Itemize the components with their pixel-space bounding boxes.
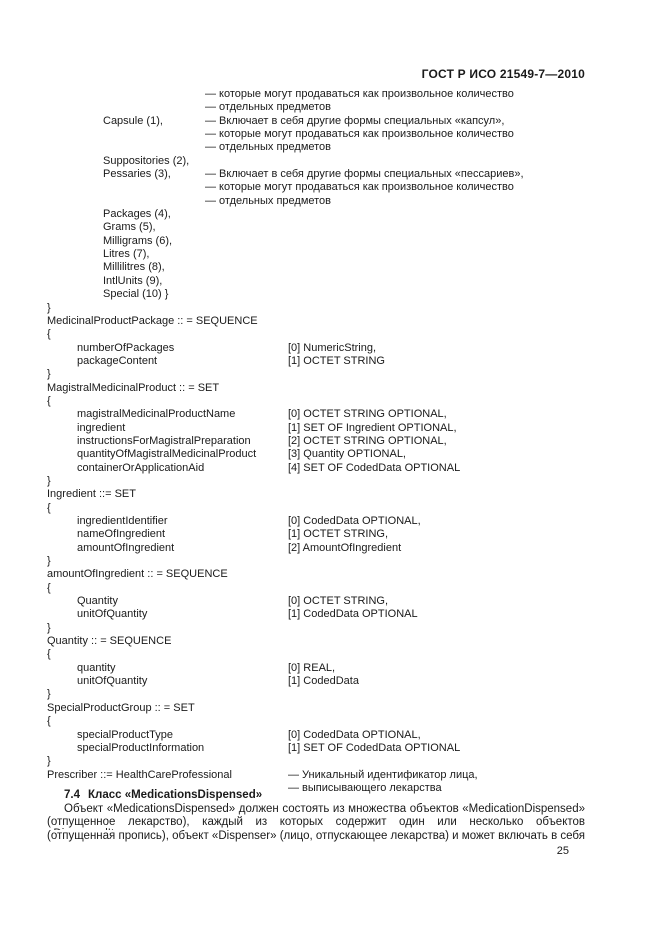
code-line: { [47, 502, 627, 515]
code-segment: { [47, 715, 51, 727]
code-line: unitOfQuantity[1] CodedData [47, 675, 627, 688]
code-line: — которые могут продаваться как произвол… [47, 181, 627, 194]
code-segment: — Включает в себя другие формы специальн… [205, 168, 524, 180]
code-segment: unitOfQuantity [77, 675, 147, 687]
code-segment: [0] NumericString, [288, 342, 376, 354]
code-segment: specialProductInformation [77, 742, 204, 754]
code-segment: MedicinalProductPackage :: = SEQUENCE [47, 315, 258, 327]
code-line: unitOfQuantity[1] CodedData OPTIONAL [47, 608, 627, 621]
code-segment: numberOfPackages [77, 342, 174, 354]
code-line: } [47, 302, 627, 315]
code-line: amountOfIngredient :: = SEQUENCE [47, 568, 627, 581]
code-line: { [47, 328, 627, 341]
code-segment: } [47, 555, 51, 567]
code-segment: — которые могут продаваться как произвол… [205, 88, 514, 100]
code-segment: [2] OCTET STRING OPTIONAL, [288, 435, 447, 447]
code-segment: { [47, 502, 51, 514]
code-segment: [1] SET OF Ingredient OPTIONAL, [288, 422, 457, 434]
code-line: ingredient[1] SET OF Ingredient OPTIONAL… [47, 422, 627, 435]
section-heading-title: Класс «MedicationsDispensed» [88, 789, 262, 801]
code-segment: { [47, 328, 51, 340]
code-segment: } [47, 622, 51, 634]
code-line: MedicinalProductPackage :: = SEQUENCE [47, 315, 627, 328]
code-segment: ingredient [77, 422, 125, 434]
code-segment: Litres (7), [103, 248, 149, 260]
code-line: — отдельных предметов [47, 195, 627, 208]
code-line: specialProductType[0] CodedData OPTIONAL… [47, 729, 627, 742]
code-segment: Pessaries (3), [103, 168, 171, 180]
code-segment: } [47, 755, 51, 767]
code-segment: amountOfIngredient [77, 542, 174, 554]
code-line: Pessaries (3),— Включает в себя другие ф… [47, 168, 627, 181]
code-line: quantity[0] REAL, [47, 662, 627, 675]
section-heading: 7.4Класс «MedicationsDispensed» [64, 789, 262, 801]
code-segment: Ingredient ::= SET [47, 488, 136, 500]
code-segment: — отдельных предметов [205, 195, 331, 207]
document-page: ГОСТ Р ИСО 21549-7—2010 — которые могут … [0, 0, 661, 936]
code-line: numberOfPackages[0] NumericString, [47, 342, 627, 355]
paragraph-line: (отпущенная пропись), объект «Dispenser»… [47, 830, 585, 843]
code-line: Litres (7), [47, 248, 627, 261]
code-line: { [47, 395, 627, 408]
code-segment: [3] Quantity OPTIONAL, [288, 448, 406, 460]
code-segment: SpecialProductGroup :: = SET [47, 702, 195, 714]
code-segment: [0] OCTET STRING, [288, 595, 388, 607]
code-segment: — Уникальный идентификатор лица, [288, 769, 478, 781]
code-line: packageContent[1] OCTET STRING [47, 355, 627, 368]
code-segment: Special (10) } [103, 288, 168, 300]
code-line: MagistralMedicinalProduct :: = SET [47, 382, 627, 395]
code-segment: [1] CodedData OPTIONAL [288, 608, 418, 620]
code-segment: packageContent [77, 355, 157, 367]
code-line: } [47, 755, 627, 768]
code-segment: [2] AmountOfIngredient [288, 542, 401, 554]
code-line: { [47, 582, 627, 595]
code-line: ingredientIdentifier[0] CodedData OPTION… [47, 515, 627, 528]
code-segment: { [47, 395, 51, 407]
code-segment: — которые могут продаваться как произвол… [205, 181, 514, 193]
code-segment: — отдельных предметов [205, 141, 331, 153]
section-heading-number: 7.4 [64, 789, 80, 801]
code-segment: nameOfIngredient [77, 528, 165, 540]
code-line: nameOfIngredient[1] OCTET STRING, [47, 528, 627, 541]
code-line: Quantity :: = SEQUENCE [47, 635, 627, 648]
code-line: Packages (4), [47, 208, 627, 221]
code-segment: } [47, 475, 51, 487]
code-line: amountOfIngredient[2] AmountOfIngredient [47, 542, 627, 555]
code-line: containerOrApplicationAid[4] SET OF Code… [47, 462, 627, 475]
body-paragraph: Объект «MedicationsDispensed» должен сос… [47, 803, 585, 843]
asn1-code-block: — которые могут продаваться как произвол… [47, 88, 627, 795]
code-line: Capsule (1),— Включает в себя другие фор… [47, 115, 627, 128]
code-segment: [4] SET OF CodedData OPTIONAL [288, 462, 460, 474]
code-line: — которые могут продаваться как произвол… [47, 128, 627, 141]
code-segment: instructionsForMagistralPreparation [77, 435, 251, 447]
code-segment: } [47, 302, 51, 314]
code-segment: Packages (4), [103, 208, 171, 220]
code-line: { [47, 715, 627, 728]
code-line: Suppositories (2), [47, 155, 627, 168]
page-number: 25 [505, 845, 569, 857]
document-header: ГОСТ Р ИСО 21549-7—2010 [47, 67, 585, 81]
code-segment: — Включает в себя другие формы специальн… [205, 115, 504, 127]
code-segment: [0] CodedData OPTIONAL, [288, 515, 421, 527]
code-segment: [1] OCTET STRING, [288, 528, 388, 540]
code-segment: Grams (5), [103, 221, 156, 233]
code-line: Grams (5), [47, 221, 627, 234]
code-segment: unitOfQuantity [77, 608, 147, 620]
code-line: — отдельных предметов [47, 141, 627, 154]
code-segment: } [47, 368, 51, 380]
code-line: } [47, 555, 627, 568]
code-segment: [0] CodedData OPTIONAL, [288, 729, 421, 741]
code-segment: Milligrams (6), [103, 235, 172, 247]
code-segment: quantityOfMagistralMedicinalProduct [77, 448, 256, 460]
code-segment: Quantity :: = SEQUENCE [47, 635, 171, 647]
paragraph-line: Объект «MedicationsDispensed» должен сос… [47, 803, 585, 816]
code-line: Ingredient ::= SET [47, 488, 627, 501]
code-segment: magistralMedicinalProductName [77, 408, 235, 420]
code-segment: [0] REAL, [288, 662, 335, 674]
code-segment: Suppositories (2), [103, 155, 189, 167]
code-line: Millilitres (8), [47, 261, 627, 274]
code-line: } [47, 688, 627, 701]
code-line: Quantity[0] OCTET STRING, [47, 595, 627, 608]
code-line: } [47, 475, 627, 488]
code-line: } [47, 368, 627, 381]
code-line: SpecialProductGroup :: = SET [47, 702, 627, 715]
code-line: Milligrams (6), [47, 235, 627, 248]
code-segment: [1] SET OF CodedData OPTIONAL [288, 742, 460, 754]
code-segment: [1] OCTET STRING [288, 355, 385, 367]
code-line: quantityOfMagistralMedicinalProduct[3] Q… [47, 448, 627, 461]
code-segment: } [47, 688, 51, 700]
code-line: IntlUnits (9), [47, 275, 627, 288]
code-line: magistralMedicinalProductName[0] OCTET S… [47, 408, 627, 421]
code-line: — которые могут продаваться как произвол… [47, 88, 627, 101]
code-segment: { [47, 648, 51, 660]
code-segment: [1] CodedData [288, 675, 359, 687]
paragraph-line: (отпущенное лекарство), каждый из которы… [47, 816, 585, 829]
code-segment: Prescriber ::= HealthCareProfessional [47, 769, 232, 781]
code-line: Special (10) } [47, 288, 627, 301]
code-segment: MagistralMedicinalProduct :: = SET [47, 382, 219, 394]
code-segment: — выписывающего лекарства [288, 782, 442, 794]
code-segment: ingredientIdentifier [77, 515, 168, 527]
code-segment: [0] OCTET STRING OPTIONAL, [288, 408, 447, 420]
code-segment: quantity [77, 662, 116, 674]
code-line: specialProductInformation[1] SET OF Code… [47, 742, 627, 755]
code-segment: — отдельных предметов [205, 101, 331, 113]
code-line: } [47, 622, 627, 635]
code-line: Prescriber ::= HealthCareProfessional— У… [47, 769, 627, 782]
code-segment: — которые могут продаваться как произвол… [205, 128, 514, 140]
code-segment: Capsule (1), [103, 115, 163, 127]
code-line: instructionsForMagistralPreparation[2] O… [47, 435, 627, 448]
code-segment: Millilitres (8), [103, 261, 165, 273]
code-segment: { [47, 582, 51, 594]
code-segment: specialProductType [77, 729, 173, 741]
code-segment: Quantity [77, 595, 118, 607]
code-segment: IntlUnits (9), [103, 275, 162, 287]
code-line: — отдельных предметов [47, 101, 627, 114]
code-line: { [47, 648, 627, 661]
code-segment: containerOrApplicationAid [77, 462, 204, 474]
code-segment: amountOfIngredient :: = SEQUENCE [47, 568, 228, 580]
